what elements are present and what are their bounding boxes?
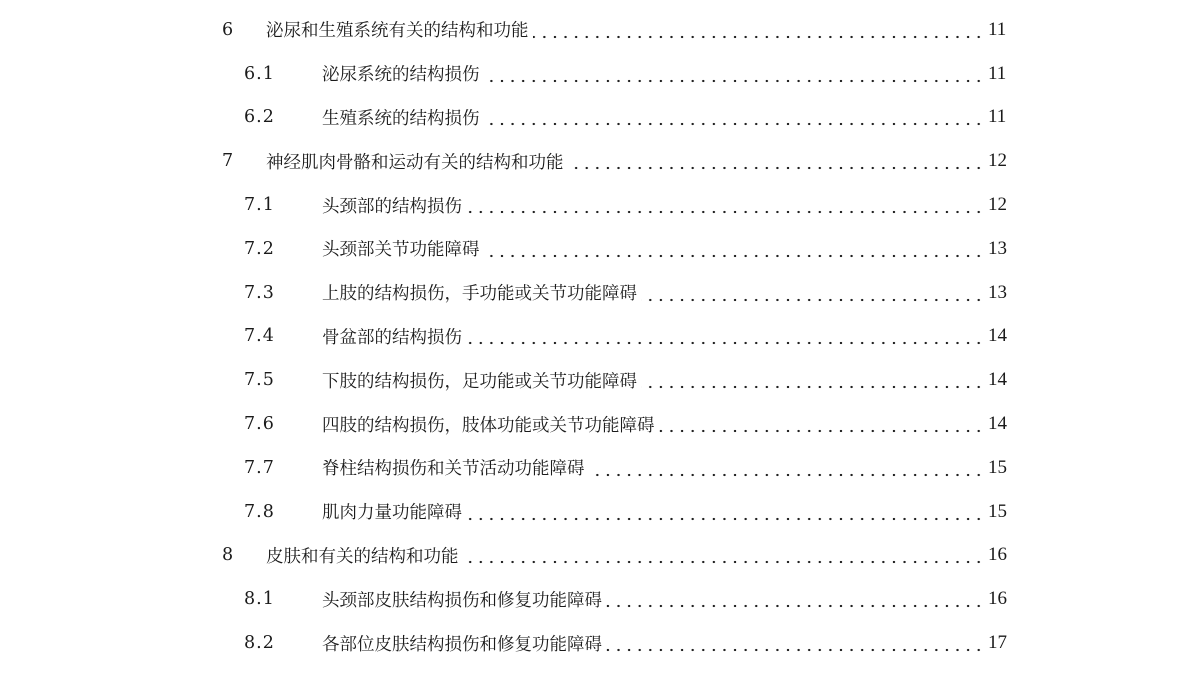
toc-entry-page[interactable]: 11 bbox=[988, 63, 1006, 85]
toc-entry-number: 6.1 bbox=[244, 64, 275, 84]
toc-entry-page[interactable]: 16 bbox=[988, 544, 1007, 566]
toc-entry-number: 8 bbox=[222, 545, 234, 565]
toc-entry-title[interactable]: 神经肌肉骨骼和运动有关的结构和功能 bbox=[266, 149, 568, 174]
toc-entry-6[interactable]: 6 泌尿和生殖系统有关的结构和功能 11 bbox=[0, 8, 1190, 52]
toc-entry-page[interactable]: 15 bbox=[988, 457, 1007, 479]
toc-entry-page[interactable]: 13 bbox=[988, 238, 1007, 260]
toc-entry-8-1[interactable]: 8.1 头颈部皮肤结构损伤和修复功能障碍 16 bbox=[0, 577, 1190, 621]
toc-entry-number: 8.2 bbox=[244, 633, 275, 653]
toc-entry-page[interactable]: 14 bbox=[988, 413, 1007, 435]
toc-entry-number: 6.2 bbox=[244, 107, 275, 127]
toc-entry-page[interactable]: 13 bbox=[988, 282, 1007, 304]
toc-entry-title[interactable]: 下肢的结构损伤，足功能或关节功能障碍 bbox=[322, 368, 641, 393]
toc-entry-number: 7.2 bbox=[244, 239, 275, 259]
toc-entry-title[interactable]: 四肢的结构损伤，肢体功能或关节功能障碍 bbox=[322, 412, 659, 437]
table-of-contents: 6 泌尿和生殖系统有关的结构和功能 11 6.1 泌尿系统的结构损伤 11 6.… bbox=[0, 8, 1190, 665]
toc-entry-8[interactable]: 8 皮肤和有关的结构和功能 16 bbox=[0, 534, 1190, 578]
toc-entry-page[interactable]: 12 bbox=[988, 150, 1007, 172]
toc-entry-7-2[interactable]: 7.2 头颈部关节功能障碍 13 bbox=[0, 227, 1190, 271]
toc-entry-title[interactable]: 泌尿和生殖系统有关的结构和功能 bbox=[266, 17, 533, 42]
toc-entry-title[interactable]: 泌尿系统的结构损伤 bbox=[322, 61, 484, 86]
toc-entry-7-3[interactable]: 7.3 上肢的结构损伤，手功能或关节功能障碍 13 bbox=[0, 271, 1190, 315]
toc-entry-number: 7.6 bbox=[244, 414, 275, 434]
toc-entry-number: 7 bbox=[222, 151, 234, 171]
toc-entry-7-6[interactable]: 7.6 四肢的结构损伤，肢体功能或关节功能障碍 14 bbox=[0, 402, 1190, 446]
toc-entry-7-1[interactable]: 7.1 头颈部的结构损伤 12 bbox=[0, 183, 1190, 227]
toc-entry-7-5[interactable]: 7.5 下肢的结构损伤，足功能或关节功能障碍 14 bbox=[0, 358, 1190, 402]
toc-entry-title[interactable]: 脊柱结构损伤和关节活动功能障碍 bbox=[322, 455, 589, 480]
toc-entry-title[interactable]: 骨盆部的结构损伤 bbox=[322, 324, 466, 349]
toc-entry-page[interactable]: 16 bbox=[988, 588, 1007, 610]
toc-entry-7-4[interactable]: 7.4 骨盆部的结构损伤 14 bbox=[0, 315, 1190, 359]
toc-entry-number: 7.8 bbox=[244, 502, 275, 522]
toc-entry-number: 7.5 bbox=[244, 370, 275, 390]
toc-entry-title[interactable]: 皮肤和有关的结构和功能 bbox=[266, 543, 463, 568]
toc-entry-page[interactable]: 11 bbox=[988, 19, 1006, 41]
toc-entry-title[interactable]: 上肢的结构损伤，手功能或关节功能障碍 bbox=[322, 280, 641, 305]
toc-entry-title[interactable]: 各部位皮肤结构损伤和修复功能障碍 bbox=[322, 631, 606, 656]
toc-entry-8-2[interactable]: 8.2 各部位皮肤结构损伤和修复功能障碍 17 bbox=[0, 621, 1190, 665]
toc-entry-page[interactable]: 14 bbox=[988, 325, 1007, 347]
toc-entry-title[interactable]: 头颈部的结构损伤 bbox=[322, 193, 466, 218]
toc-entry-title[interactable]: 头颈部皮肤结构损伤和修复功能障碍 bbox=[322, 587, 606, 612]
toc-entry-7-8[interactable]: 7.8 肌肉力量功能障碍 15 bbox=[0, 490, 1190, 534]
toc-entry-title[interactable]: 生殖系统的结构损伤 bbox=[322, 105, 484, 130]
toc-entry-page[interactable]: 17 bbox=[988, 632, 1007, 654]
toc-entry-page[interactable]: 11 bbox=[988, 106, 1006, 128]
toc-entry-6-1[interactable]: 6.1 泌尿系统的结构损伤 11 bbox=[0, 52, 1190, 96]
toc-entry-number: 7.3 bbox=[244, 283, 275, 303]
toc-entry-number: 6 bbox=[222, 20, 234, 40]
toc-entry-page[interactable]: 12 bbox=[988, 194, 1007, 216]
toc-entry-number: 7.1 bbox=[244, 195, 275, 215]
toc-entry-number: 7.4 bbox=[244, 326, 275, 346]
toc-entry-page[interactable]: 14 bbox=[988, 369, 1007, 391]
toc-entry-page[interactable]: 15 bbox=[988, 501, 1007, 523]
toc-entry-number: 7.7 bbox=[244, 458, 275, 478]
toc-entry-number: 8.1 bbox=[244, 589, 275, 609]
toc-entry-6-2[interactable]: 6.2 生殖系统的结构损伤 11 bbox=[0, 96, 1190, 140]
toc-entry-title[interactable]: 头颈部关节功能障碍 bbox=[322, 236, 484, 261]
toc-entry-7[interactable]: 7 神经肌肉骨骼和运动有关的结构和功能 12 bbox=[0, 139, 1190, 183]
toc-entry-title[interactable]: 肌肉力量功能障碍 bbox=[322, 499, 466, 524]
toc-entry-7-7[interactable]: 7.7 脊柱结构损伤和关节活动功能障碍 15 bbox=[0, 446, 1190, 490]
